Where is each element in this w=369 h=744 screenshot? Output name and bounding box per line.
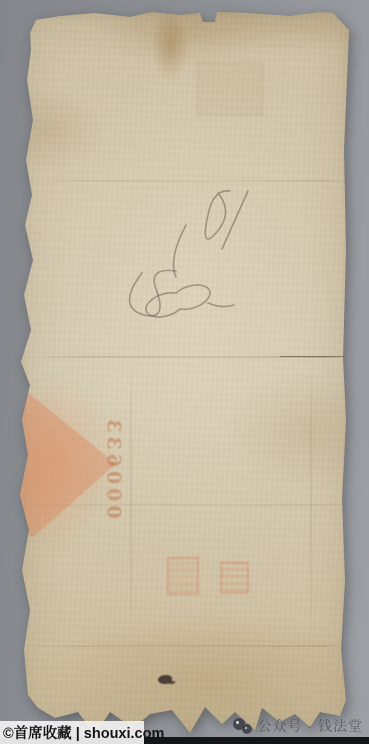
watermark-qianfatang-text: 公众号 · 钱法堂 (258, 716, 363, 736)
bleedthrough-rect (197, 62, 263, 116)
watermark-shouxi-text: ©首席收藏 | shouxi.com (3, 722, 164, 743)
serial-number-bleedthrough: 000633 (92, 408, 136, 526)
red-seal-square (167, 557, 199, 595)
paper-shadow-wrap: 000633 (0, 0, 369, 744)
banknote-paper: 000633 (18, 12, 350, 735)
watermark-qianfatang: 公众号 · 钱法堂 (233, 716, 363, 736)
red-seal-square (220, 562, 249, 594)
pencil-scribble (90, 185, 275, 335)
serial-number-text: 000633 (103, 415, 125, 518)
ink-spot (158, 675, 172, 684)
watermark-shouxi: ©首席收藏 | shouxi.com (0, 721, 144, 744)
wechat-official-account-icon (233, 718, 254, 735)
photo-canvas: 000633 ©首席收藏 | shouxi.com 公众号 · 钱法堂 (0, 0, 369, 744)
